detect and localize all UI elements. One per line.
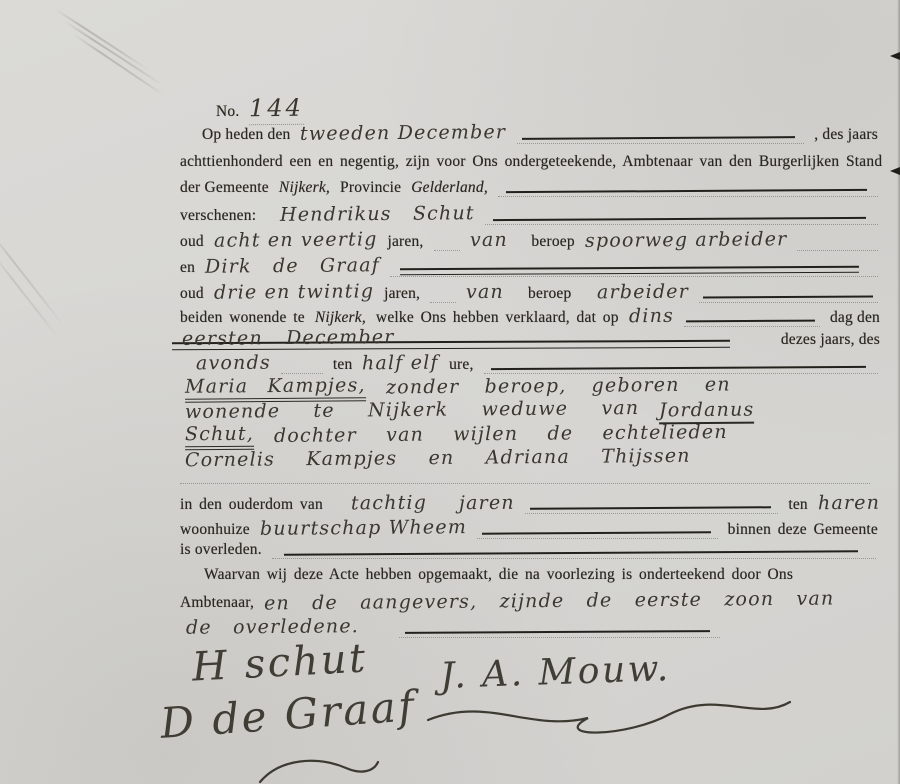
hw-act-date: tweeden December bbox=[300, 121, 506, 145]
form-blank bbox=[405, 334, 771, 349]
blank-form-line bbox=[180, 468, 870, 484]
pencil-mark bbox=[0, 252, 59, 338]
ink-rule bbox=[484, 358, 878, 374]
hw-overledene-note: de overledene. bbox=[186, 615, 359, 639]
hw-haren: haren bbox=[818, 492, 880, 515]
printed-opheden: Op heden den bbox=[202, 126, 290, 144]
binding-mark bbox=[890, 52, 900, 60]
printed-jaren: jaren, bbox=[384, 285, 420, 303]
gemeente-name: Nijkerk, bbox=[279, 179, 330, 197]
ink-rule bbox=[485, 209, 878, 225]
form-blank bbox=[797, 235, 878, 251]
printed-dezes-jaars: dezes jaars, des bbox=[781, 331, 880, 349]
line-death-date: eersten December dezes jaars, des bbox=[182, 327, 880, 349]
ink-rule bbox=[684, 311, 820, 327]
hw-place-of-death: buurtschap Wheem bbox=[260, 516, 467, 540]
printed-woonhuize: woonhuize bbox=[180, 521, 250, 539]
line-closing-2: Ambtenaar, en de aangevers, zijnde de ee… bbox=[180, 590, 840, 612]
line-declaration: beiden wonende te Nijkerk, welke Ons heb… bbox=[180, 305, 880, 327]
printed-oud: oud bbox=[180, 285, 204, 303]
hw-weekday: dins bbox=[629, 305, 674, 327]
printed-jaren: jaren, bbox=[387, 233, 423, 251]
hw-declarant1-age: acht en veertig bbox=[214, 228, 378, 251]
act-number-row: No. 144 bbox=[216, 94, 304, 125]
line-deceased-4: Cornelis Kampjes en Adriana Thijssen bbox=[185, 447, 730, 469]
act-number-label: No. bbox=[216, 103, 239, 121]
pencil-mark bbox=[54, 8, 149, 71]
provincie-name: Gelderland, bbox=[411, 179, 488, 197]
hw-daypart: avonds bbox=[196, 352, 271, 375]
pencil-mark bbox=[72, 33, 164, 96]
line-declarant1-details: oud acht en veertig jaren, van beroep sp… bbox=[180, 229, 878, 251]
signature-declarant1: H schut bbox=[191, 635, 369, 690]
hw-deceased-residence: wonende te Nijkerk weduwe van bbox=[185, 397, 640, 423]
line-gemeente: der Gemeente Nijkerk, Provincie Gelderla… bbox=[180, 179, 878, 197]
line-death-time: avonds ten half elf ure, bbox=[196, 352, 878, 374]
printed-ten: ten bbox=[333, 356, 353, 374]
hw-jaren: jaren bbox=[459, 492, 515, 514]
line-closing-1: Waarvan wij deze Acte hebben opgemaakt, … bbox=[180, 566, 878, 584]
ink-rule bbox=[517, 128, 805, 144]
hw-hour: half elf bbox=[362, 352, 439, 375]
partial-signature-stroke bbox=[252, 754, 382, 784]
hw-declarant2-occupation: arbeider bbox=[597, 281, 689, 304]
line-verschenen: verschenen: Hendrikus Schut bbox=[180, 203, 878, 225]
ink-rule bbox=[699, 287, 878, 303]
form-blank bbox=[180, 468, 870, 484]
printed-gemeente-label: der Gemeente bbox=[180, 179, 269, 197]
line-is-overleden: is overleden. bbox=[180, 541, 876, 559]
printed-verschenen: verschenen: bbox=[180, 207, 256, 225]
hw-declarant1-name: Hendrikus Schut bbox=[280, 202, 475, 226]
hw-declarant2-name: Dirk de Graaf bbox=[205, 254, 380, 278]
printed-ouderdom: in den ouderdom van bbox=[180, 496, 323, 514]
line-age-at-death: in den ouderdom van tachtig jaren ten ha… bbox=[180, 492, 880, 514]
hw-signers-note: en de aangevers, zijnde de eerste zoon v… bbox=[264, 588, 835, 615]
form-blank bbox=[281, 358, 323, 374]
act-number-value: 144 bbox=[249, 94, 304, 125]
residence-place: Nijkerk, bbox=[315, 309, 366, 327]
printed-waarvan: Waarvan wij deze Acte hebben opgemaakt, … bbox=[180, 566, 793, 584]
line-deceased-2: wonende te Nijkerk weduwe van Jordanus bbox=[185, 399, 790, 424]
printed-beroep: beroep bbox=[528, 285, 571, 303]
form-blank bbox=[434, 235, 460, 251]
printed-beroep: beroep bbox=[531, 233, 574, 251]
printed-des-jaars: , des jaars bbox=[814, 126, 878, 144]
printed-year-line: achttienhonderd een en negentig, zijn vo… bbox=[180, 153, 882, 171]
signature-declarant2: D de Graaf bbox=[159, 681, 418, 748]
pencil-mark bbox=[63, 20, 163, 86]
ink-rule bbox=[390, 261, 878, 277]
hw-van: van bbox=[466, 281, 504, 303]
ink-rule bbox=[272, 543, 876, 559]
hw-deceased-info: zonder beroep, geboren en bbox=[386, 373, 731, 398]
line-declarant2-details: oud drie en twintig jaren, van beroep ar… bbox=[180, 281, 878, 303]
printed-provincie-label: Provincie bbox=[340, 179, 401, 197]
hw-age-at-death: tachtig bbox=[351, 492, 427, 515]
hw-van: van bbox=[469, 229, 507, 251]
printed-oud: oud bbox=[180, 233, 204, 251]
printed-ure: ure, bbox=[449, 356, 473, 374]
line-closing-3: de overledene. bbox=[186, 616, 720, 638]
form-blank bbox=[430, 287, 456, 303]
printed-ten: ten bbox=[788, 496, 808, 514]
line-declarant2-name: en Dirk de Graaf bbox=[180, 255, 878, 277]
ink-rule bbox=[498, 181, 878, 197]
line-opheden: Op heden den tweeden December , des jaar… bbox=[202, 122, 878, 144]
printed-binnen-gemeente: binnen deze Gemeente bbox=[728, 521, 878, 539]
ink-rule bbox=[525, 498, 779, 514]
line-place-of-death: woonhuize buurtschap Wheem binnen deze G… bbox=[180, 517, 878, 539]
ink-rule bbox=[477, 523, 718, 539]
printed-dag-den: dag den bbox=[830, 309, 880, 327]
printed-verklaard: welke Ons hebben verklaard, dat op bbox=[376, 309, 619, 327]
printed-en: en bbox=[180, 259, 195, 277]
printed-wonende: beiden wonende te bbox=[180, 309, 305, 327]
hw-death-date: eersten December bbox=[182, 326, 395, 350]
death-record-scan: No. 144 Op heden den tweeden December , … bbox=[0, 0, 900, 784]
printed-ambtenaar: Ambtenaar, bbox=[180, 594, 254, 612]
hw-declarant1-occupation: spoorweg arbeider bbox=[585, 228, 788, 252]
hw-parents-intro: dochter van wijlen de echtelieden bbox=[274, 421, 728, 447]
binding-mark bbox=[890, 167, 900, 175]
signature-flourish bbox=[418, 688, 798, 736]
printed-is-overleden: is overleden. bbox=[180, 541, 262, 559]
hw-declarant2-age: drie en twintig bbox=[214, 280, 374, 303]
ink-rule bbox=[399, 622, 720, 638]
line-year: achttienhonderd een en negentig, zijn vo… bbox=[180, 153, 878, 171]
